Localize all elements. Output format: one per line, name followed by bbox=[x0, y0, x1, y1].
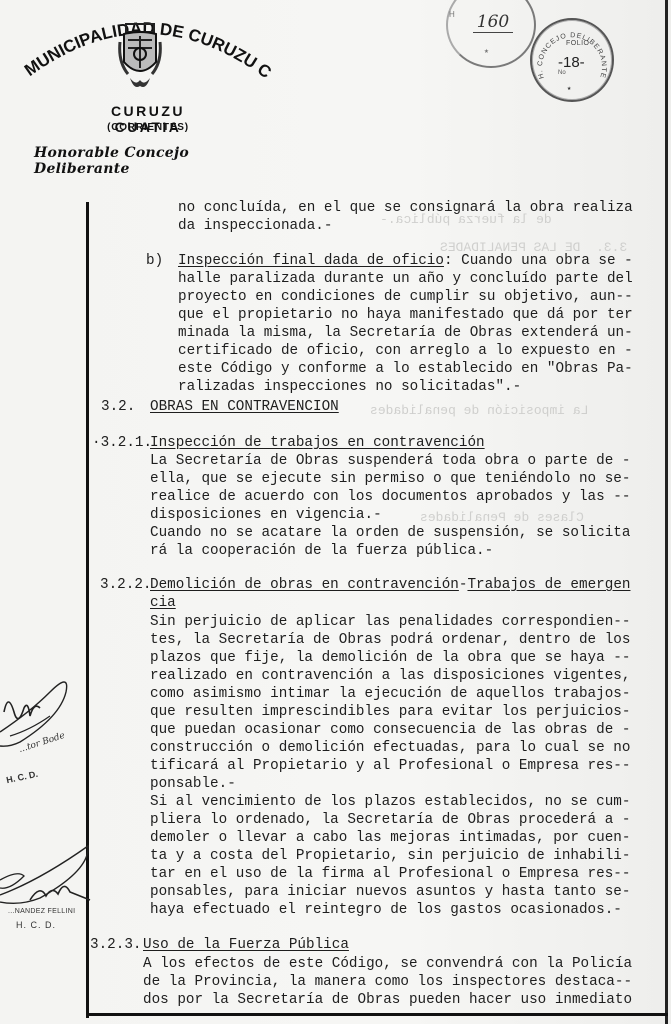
text-line: Sin perjuicio de aplicar las penalidades… bbox=[150, 613, 630, 631]
section-number: 3.2.2. bbox=[100, 576, 151, 594]
text-line: halle paralizada durante un año y conclu… bbox=[178, 270, 633, 288]
text-line: ta y a costa del Propietario, sin perjui… bbox=[150, 847, 630, 865]
text-line: proyecto en condiciones de cumplir su ob… bbox=[178, 288, 633, 306]
section-title: Demolición de obras en contravención-Tra… bbox=[150, 576, 630, 594]
section-number: 3.2. bbox=[101, 398, 135, 416]
text-line: La Secretaría de Obras suspenderá toda o… bbox=[150, 452, 630, 470]
text-line: haya efectuado el reintegro de los gasto… bbox=[150, 901, 622, 919]
text-line: certificado de oficio, con arreglo a lo … bbox=[178, 342, 633, 360]
signature-2-name: ...NANDEZ FELLINI bbox=[8, 908, 75, 915]
text-line: este Código y conforme a lo establecido … bbox=[178, 360, 633, 378]
coat-of-arms-icon bbox=[118, 22, 162, 92]
text-line: que puedan ocasionar como consecuencia d… bbox=[150, 721, 630, 739]
text-line: Cuando no se acatare la orden de suspens… bbox=[150, 524, 630, 542]
item-b-heading: Inspección final dada de oficio: Cuando … bbox=[178, 252, 633, 270]
text-line: ralizadas inspecciones no solicitadas".- bbox=[178, 378, 521, 396]
text-line: tar en el uso de la firma al Profesional… bbox=[150, 865, 630, 883]
frame-bottom-border bbox=[86, 1013, 668, 1016]
section-title: Uso de la Fuerza Pública bbox=[143, 936, 349, 954]
text-line: de la Provincia, la manera como los insp… bbox=[143, 973, 632, 991]
text-line: demoler o llevar a cabo las mejoras inti… bbox=[150, 829, 630, 847]
text-line: minada la misma, la Secretaría de Obras … bbox=[178, 324, 633, 342]
star-icon: ★ bbox=[484, 46, 489, 56]
section-number: ·3.2.1. bbox=[92, 434, 152, 452]
folio-no-label: No bbox=[558, 70, 566, 76]
star-icon: ★ bbox=[567, 84, 571, 93]
text-line: rá la cooperación de la fuerza pública.- bbox=[150, 542, 493, 560]
page-stamp-number: 160 bbox=[473, 12, 513, 33]
folio-number: -18- bbox=[558, 54, 585, 71]
text-line: ella, que se ejecute sin permiso o que t… bbox=[150, 470, 630, 488]
text-line: A los efectos de este Código, se convend… bbox=[143, 955, 632, 973]
page-stamp-mark: H bbox=[449, 10, 455, 19]
item-b-marker: b) bbox=[146, 252, 163, 270]
text-line: dos por la Secretaría de Obras pueden ha… bbox=[143, 991, 632, 1009]
folio-label: FOLIO bbox=[566, 40, 590, 47]
text-line: ponsable.- bbox=[150, 775, 236, 793]
signature-1-caption: H. C. D. bbox=[5, 769, 38, 785]
section-title: Inspección de trabajos en contravención bbox=[150, 434, 485, 452]
text-line: realice de acuerdo con los documentos ap… bbox=[150, 488, 630, 506]
text-line: tes, la Secretaría de Obras podrá ordena… bbox=[150, 631, 630, 649]
text-line: ponsables, para iniciar nuevos asuntos y… bbox=[150, 883, 630, 901]
text-line: tificará al Propietario y al Profesional… bbox=[150, 757, 630, 775]
text-line: como asimismo intimar la ejecución de aq… bbox=[150, 685, 630, 703]
bleed-through-text: Clases de Penalidades bbox=[420, 510, 584, 525]
text-line: da inspeccionada.- bbox=[178, 217, 332, 235]
text-line: realizado en contravención a las disposi… bbox=[150, 667, 630, 685]
section-number: 3.2.3. bbox=[90, 936, 141, 954]
page-number-stamp bbox=[446, 0, 536, 68]
text-line: que resulten imprescindibles para evitar… bbox=[150, 703, 630, 721]
text-line: Si al vencimiento de los plazos establec… bbox=[150, 793, 630, 811]
frame-right-border bbox=[665, 0, 668, 1024]
item-b-title: Inspección final dada de oficio bbox=[178, 253, 444, 269]
bleed-through-text: La imposición de penalidades bbox=[370, 403, 588, 418]
section-title-continuation: cia bbox=[150, 594, 176, 612]
text-line: plazos que fije, la demolición de la obr… bbox=[150, 649, 630, 667]
text-line: disposiciones en vigencia.- bbox=[150, 506, 382, 524]
letterhead-council-name: Honorable Concejo Deliberante bbox=[34, 145, 264, 177]
section-title: OBRAS EN CONTRAVENCION bbox=[150, 398, 339, 416]
document-page: MUNICIPALIDAD DE CURUZU CUATIA CURUZU CU… bbox=[0, 0, 671, 1024]
text-line: pliera lo ordenado, la Secretaría de Obr… bbox=[150, 811, 630, 829]
text-line: que el propietario no haya manifestado q… bbox=[178, 306, 633, 324]
text-line: construcción o demolición efectuadas, pa… bbox=[150, 739, 630, 757]
signature-2 bbox=[0, 840, 92, 910]
text-line: no concluída, en el que se consignará la… bbox=[178, 199, 633, 217]
letterhead-province: (CORRIENTES) bbox=[78, 122, 218, 133]
signature-2-caption: H. C. D. bbox=[16, 920, 56, 930]
